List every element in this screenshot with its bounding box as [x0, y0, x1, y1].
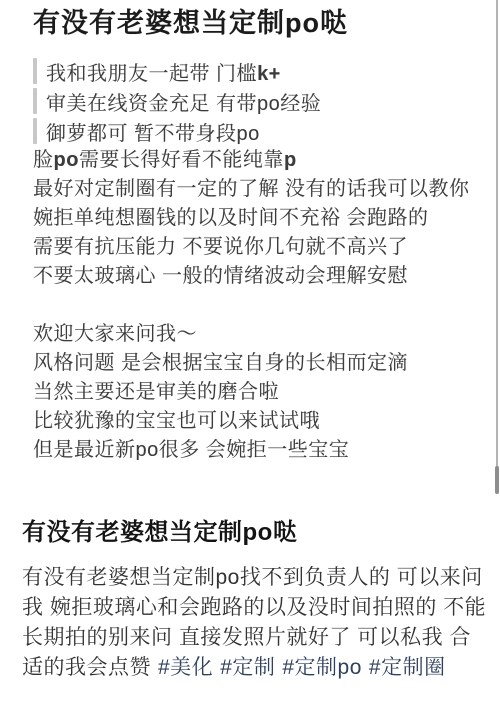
body-text: 需要长得好看不能纯靠	[79, 149, 284, 171]
body-line: 但是最近新po很多 会婉拒一些宝宝	[33, 436, 488, 465]
quote-text: 审美在线资金充足 有带po经验	[46, 87, 321, 116]
quote-line-3: 御萝都可 暂不带身段po	[33, 116, 488, 146]
body-line: 最好对定制圈有一定的了解 没有的话我可以教你	[33, 175, 488, 204]
blank-line	[33, 291, 488, 320]
body-line: 不要太玻璃心 一般的情绪波动会理解安慰	[33, 262, 488, 291]
post-screen: 有没有老婆想当定制po哒 我和我朋友一起带 门槛k+ 审美在线资金充足 有带po…	[0, 0, 500, 703]
quote-text: 御萝都可 暂不带身段po	[46, 117, 260, 146]
hashtag-dingzhi[interactable]: #定制	[220, 656, 275, 679]
body-line: 比较犹豫的宝宝也可以来试试哦	[33, 407, 488, 436]
quoted-post-title: 有没有老婆想当定制po哒	[33, 6, 488, 40]
hashtag-dingzhi-po[interactable]: #定制po	[282, 656, 362, 679]
body-line: 风格问题 是会根据宝宝自身的长相而定滴	[33, 349, 488, 378]
body-line: 需要有抗压能力 不要说你几句就不高兴了	[33, 233, 488, 262]
body-line: 当然主要还是审美的磨合啦	[33, 378, 488, 407]
quote-line-2: 审美在线资金充足 有带po经验	[33, 86, 488, 116]
body-text-bold: p	[284, 149, 297, 171]
quote-bar-icon	[33, 58, 37, 84]
quote-bar-icon	[33, 88, 37, 114]
quote-text-bold: k+	[257, 63, 281, 85]
post-content: 有没有老婆想当定制po哒 有没有老婆想当定制po找不到负责人的 可以来问我 婉拒…	[0, 516, 500, 683]
quote-bar-icon	[33, 118, 37, 144]
quote-text: 我和我朋友一起带 门槛k+	[46, 57, 281, 86]
body-line-face: 脸po需要长得好看不能纯靠p	[33, 146, 488, 175]
scrollbar-thumb[interactable]	[495, 466, 499, 494]
quote-line-1: 我和我朋友一起带 门槛k+	[33, 56, 488, 86]
body-line: 婉拒单纯想圈钱的以及时间不充裕 会跑路的	[33, 204, 488, 233]
hashtag-dingzhi-quan[interactable]: #定制圈	[369, 656, 446, 679]
scrollbar-track[interactable]	[496, 0, 498, 492]
body-text-bold: po	[54, 149, 79, 171]
body-line: 欢迎大家来问我～	[33, 320, 488, 349]
post-title: 有没有老婆想当定制po哒	[22, 516, 488, 550]
quoted-post-screenshot: 有没有老婆想当定制po哒 我和我朋友一起带 门槛k+ 审美在线资金充足 有带po…	[0, 0, 500, 465]
body-text: 脸	[33, 149, 54, 171]
quote-text-plain: 我和我朋友一起带 门槛	[46, 63, 257, 85]
post-body: 有没有老婆想当定制po找不到负责人的 可以来问我 婉拒玻璃心和会跑路的以及没时间…	[22, 563, 488, 683]
hashtag-meihua[interactable]: #美化	[158, 656, 213, 679]
